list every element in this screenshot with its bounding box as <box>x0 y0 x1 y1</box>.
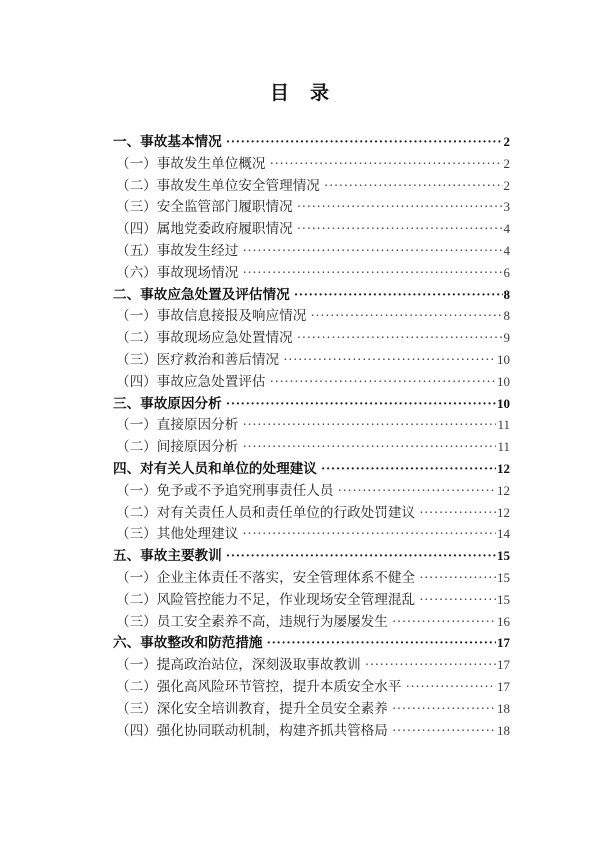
toc-entry-label: （三）安全监管部门履职情况 <box>116 196 297 218</box>
toc-entry-page: 16 <box>496 611 510 633</box>
toc-entry[interactable]: 三、事故原因分析 10 <box>113 393 510 415</box>
toc-entry-page: 15 <box>496 545 510 567</box>
toc-entry-label: （四）属地党委政府履职情况 <box>116 218 297 240</box>
toc-entry-page: 12 <box>496 458 510 480</box>
toc-entry-label: 三、事故原因分析 <box>113 393 226 415</box>
dot-leader <box>242 240 502 262</box>
toc-entry[interactable]: （三）员工安全素养不高，违规行为屡屡发生 16 <box>113 611 510 633</box>
toc-entry-page: 8 <box>503 305 511 327</box>
toc-entry-label: （六）事故现场情况 <box>116 262 242 284</box>
toc-entry[interactable]: 五、事故主要教训 15 <box>113 545 510 567</box>
toc-entry-page: 4 <box>503 218 511 240</box>
toc-entry-label: 六、事故整改和防范措施 <box>113 632 267 654</box>
toc-entry[interactable]: （一）企业主体责任不落实，安全管理体系不健全 15 <box>113 567 510 589</box>
toc-entry-label: （三）其他处理建议 <box>116 523 242 545</box>
toc-entry[interactable]: （二）风险管控能力不足，作业现场安全管理混乱 15 <box>113 589 510 611</box>
dot-leader <box>242 414 496 436</box>
dot-leader <box>270 371 496 393</box>
dot-leader <box>226 131 503 153</box>
dot-leader <box>270 153 503 175</box>
dot-leader <box>365 654 496 676</box>
toc-entry[interactable]: （三）深化安全培训教育，提升全员安全素养 18 <box>113 698 510 720</box>
dot-leader <box>242 262 502 284</box>
dot-leader <box>242 436 496 458</box>
toc-entry-label: （一）事故信息接报及响应情况 <box>116 305 310 327</box>
toc-entry[interactable]: （三）安全监管部门履职情况 3 <box>113 196 510 218</box>
toc-entry-page: 15 <box>496 589 510 611</box>
toc-entry-page: 18 <box>496 698 510 720</box>
toc-entry[interactable]: （一）直接原因分析 11 <box>113 414 510 436</box>
toc-entry[interactable]: （二）间接原因分析 11 <box>113 436 510 458</box>
toc-entry[interactable]: （四）强化协同联动机制，构建齐抓共管格局 18 <box>113 720 510 742</box>
dot-leader <box>310 305 502 327</box>
dot-leader <box>226 545 496 567</box>
dot-leader <box>226 393 496 415</box>
toc-entry[interactable]: （六）事故现场情况 6 <box>113 262 510 284</box>
toc-entry[interactable]: （三）医疗救治和善后情况 10 <box>113 349 510 371</box>
toc-entry-page: 2 <box>503 175 511 197</box>
toc-entry[interactable]: （四）属地党委政府履职情况 4 <box>113 218 510 240</box>
toc-entry-label: （二）强化高风险环节管控，提升本质安全水平 <box>116 676 405 698</box>
toc-entry-label: （一）事故发生单位概况 <box>116 153 270 175</box>
table-of-contents: 一、事故基本情况 2 （一）事故发生单位概况 2 （二）事故发生单位安全管理情况… <box>113 131 510 741</box>
dot-leader <box>242 523 496 545</box>
dot-leader <box>392 611 496 633</box>
dot-leader <box>297 196 503 218</box>
toc-entry-label: （二）风险管控能力不足，作业现场安全管理混乱 <box>116 589 419 611</box>
dot-leader <box>324 175 503 197</box>
toc-entry-label: （三）医疗救治和善后情况 <box>116 349 283 371</box>
toc-entry[interactable]: （一）事故信息接报及响应情况 8 <box>113 305 510 327</box>
toc-entry-page: 14 <box>496 523 510 545</box>
dot-leader <box>297 327 503 349</box>
toc-entry-label: （五）事故发生经过 <box>116 240 242 262</box>
dot-leader <box>297 218 503 240</box>
toc-entry-label: （二）对有关责任人员和责任单位的行政处罚建议 <box>116 502 419 524</box>
toc-entry-label: （二）事故发生单位安全管理情况 <box>116 175 324 197</box>
dot-leader <box>321 458 496 480</box>
dot-leader <box>392 720 496 742</box>
toc-entry-page: 6 <box>503 262 511 284</box>
toc-entry-label: （三）深化安全培训教育，提升全员安全素养 <box>116 698 392 720</box>
toc-entry-page: 10 <box>496 371 510 393</box>
toc-entry-label: 一、事故基本情况 <box>113 131 226 153</box>
dot-leader <box>419 567 496 589</box>
toc-entry[interactable]: （二）事故发生单位安全管理情况 2 <box>113 175 510 197</box>
toc-entry-page: 11 <box>496 436 510 458</box>
dot-leader <box>294 284 503 306</box>
toc-entry[interactable]: （五）事故发生经过 4 <box>113 240 510 262</box>
toc-entry-page: 3 <box>503 196 511 218</box>
dot-leader <box>283 349 496 371</box>
toc-entry[interactable]: 一、事故基本情况 2 <box>113 131 510 153</box>
dot-leader <box>267 632 496 654</box>
toc-entry[interactable]: 二、事故应急处置及评估情况 8 <box>113 284 510 306</box>
toc-entry[interactable]: （一）提高政治站位，深刻汲取事故教训 17 <box>113 654 510 676</box>
toc-entry-page: 8 <box>503 284 511 306</box>
toc-entry-page: 18 <box>496 720 510 742</box>
dot-leader <box>338 480 497 502</box>
toc-entry-page: 17 <box>496 676 510 698</box>
toc-entry-page: 2 <box>503 153 511 175</box>
toc-entry-label: （一）免予或不予追究刑事责任人员 <box>116 480 338 502</box>
toc-entry-label: 二、事故应急处置及评估情况 <box>113 284 294 306</box>
toc-entry-label: （四）强化协同联动机制，构建齐抓共管格局 <box>116 720 392 742</box>
toc-entry[interactable]: 六、事故整改和防范措施 17 <box>113 632 510 654</box>
toc-entry-label: （一）直接原因分析 <box>116 414 242 436</box>
toc-entry[interactable]: （二）对有关责任人员和责任单位的行政处罚建议 12 <box>113 502 510 524</box>
toc-entry-label: （二）事故现场应急处置情况 <box>116 327 297 349</box>
toc-entry-page: 17 <box>496 654 510 676</box>
toc-entry-page: 10 <box>496 349 510 371</box>
toc-entry-label: （三）员工安全素养不高，违规行为屡屡发生 <box>116 611 392 633</box>
toc-entry-label: （四）事故应急处置评估 <box>116 371 270 393</box>
toc-entry-page: 4 <box>503 240 511 262</box>
toc-entry-page: 17 <box>496 632 510 654</box>
toc-entry[interactable]: （二）强化高风险环节管控，提升本质安全水平 17 <box>113 676 510 698</box>
toc-entry-page: 11 <box>496 414 510 436</box>
toc-entry[interactable]: （一）事故发生单位概况 2 <box>113 153 510 175</box>
toc-entry-label: 五、事故主要教训 <box>113 545 226 567</box>
toc-entry-page: 9 <box>503 327 511 349</box>
toc-entry-page: 15 <box>496 567 510 589</box>
toc-entry-label: （一）提高政治站位，深刻汲取事故教训 <box>116 654 365 676</box>
dot-leader <box>405 676 496 698</box>
page-title: 目 录 <box>0 78 600 105</box>
toc-entry-label: （一）企业主体责任不落实，安全管理体系不健全 <box>116 567 419 589</box>
toc-entry-page: 12 <box>496 480 510 502</box>
toc-entry[interactable]: 四、对有关人员和单位的处理建议 12 <box>113 458 510 480</box>
toc-entry-page: 12 <box>496 502 510 524</box>
document-page: 目 录 一、事故基本情况 2 （一）事故发生单位概况 2 （二）事故发生单位安全… <box>0 0 600 849</box>
toc-entry-label: （二）间接原因分析 <box>116 436 242 458</box>
dot-leader <box>392 698 496 720</box>
toc-entry-label: 四、对有关人员和单位的处理建议 <box>113 458 321 480</box>
toc-entry-page: 2 <box>503 131 511 153</box>
toc-entry[interactable]: （三）其他处理建议 14 <box>113 523 510 545</box>
toc-entry[interactable]: （四）事故应急处置评估 10 <box>113 371 510 393</box>
dot-leader <box>419 589 496 611</box>
dot-leader <box>419 502 496 524</box>
toc-entry-page: 10 <box>496 393 510 415</box>
toc-entry[interactable]: （二）事故现场应急处置情况 9 <box>113 327 510 349</box>
toc-entry[interactable]: （一）免予或不予追究刑事责任人员 12 <box>113 480 510 502</box>
